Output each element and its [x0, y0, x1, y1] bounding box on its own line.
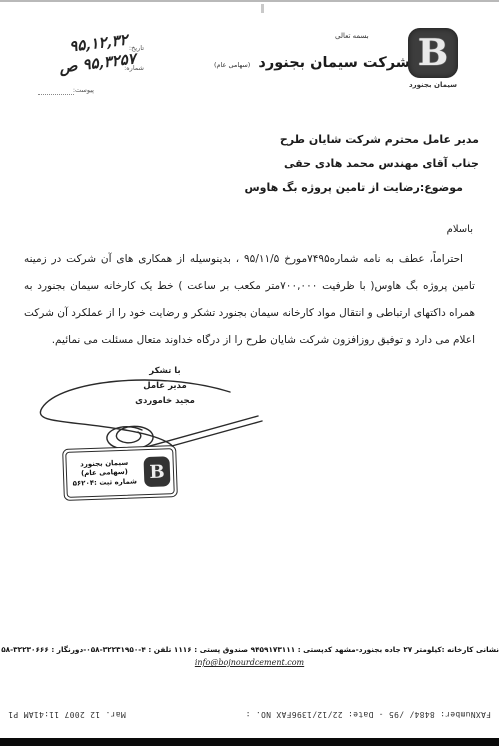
email-address: info@bojnourdcement.com: [0, 658, 499, 667]
bismillah-text: بسمه تعالی: [335, 32, 369, 40]
letter-body: احتراماً، عطف به نامه شماره۷۴۹۵مورخ ۹۵/۱…: [24, 246, 475, 354]
stamp-text: سیمان بجنورد (سهامی عام) شماره ثبت :۵۶۲۰…: [68, 458, 142, 489]
letter-meta-block: تاریخ: شماره: پیوست: ۹۵,۱۲,۳۲ ۹۵,۳۲۵۷ ص: [12, 28, 152, 100]
stamp-inner-border: B سیمان بجنورد (سهامی عام) شماره ثبت :۵۶…: [65, 448, 175, 498]
recipient-line-1: مدیر عامل محترم شرکت شایان طرح: [179, 128, 479, 152]
company-logo: B سیمان بجنورد: [402, 28, 464, 89]
logo-letter: B: [418, 35, 448, 71]
stamp-line-3: شماره ثبت :۵۶۲۰۴: [68, 477, 141, 489]
company-name: شرکت سیمان بجنورد: [258, 55, 410, 71]
letter-footer: نشانی کارخانه :کیلومتر ۲۷ جاده بجنورد-مش…: [0, 645, 499, 667]
cement-b-logo-icon: B: [408, 28, 458, 78]
logo-caption: سیمان بجنورد: [402, 81, 464, 89]
attachment-label: پیوست:: [73, 86, 94, 94]
fax-number-text: FAXNumber: 8484/ /95 - Date: 22/12/1396F…: [245, 710, 491, 719]
company-stamp: B سیمان بجنورد (سهامی عام) شماره ثبت :۵۶…: [62, 445, 178, 501]
company-header: شرکت سیمان بجنورد (سهامی عام): [240, 52, 410, 71]
recipient-line-2: جناب آقای مهندس محمد هادی حقی: [179, 152, 479, 176]
factory-address: نشانی کارخانه :کیلومتر ۲۷ جاده بجنورد-مش…: [0, 645, 499, 654]
scan-artifact: [261, 4, 264, 13]
scan-top-edge: [0, 0, 499, 2]
stamp-b-logo-icon: B: [143, 456, 170, 487]
letter-body-text: احتراماً، عطف به نامه شماره۷۴۹۵مورخ ۹۵/۱…: [24, 253, 475, 346]
fax-timestamp-text: Mar. 12 2007 11:41AM P1: [8, 710, 126, 719]
scan-bottom-edge: [0, 738, 499, 746]
recipient-block: مدیر عامل محترم شرکت شایان طرح جناب آقای…: [179, 128, 479, 200]
attachment-dotted-line: [38, 88, 74, 95]
fax-transmission-line: FAXNumber: 8484/ /95 - Date: 22/12/1396F…: [8, 710, 491, 719]
scanned-letter-page: تاریخ: شماره: پیوست: ۹۵,۱۲,۳۲ ۹۵,۳۲۵۷ ص …: [0, 0, 499, 746]
subject-line: موضوع:رضایت از تامین پروژه بگ هاوس: [179, 176, 463, 200]
salutation: باسلام: [447, 224, 473, 235]
stamp-logo-letter: B: [149, 461, 165, 483]
company-type: (سهامی عام): [214, 61, 250, 69]
